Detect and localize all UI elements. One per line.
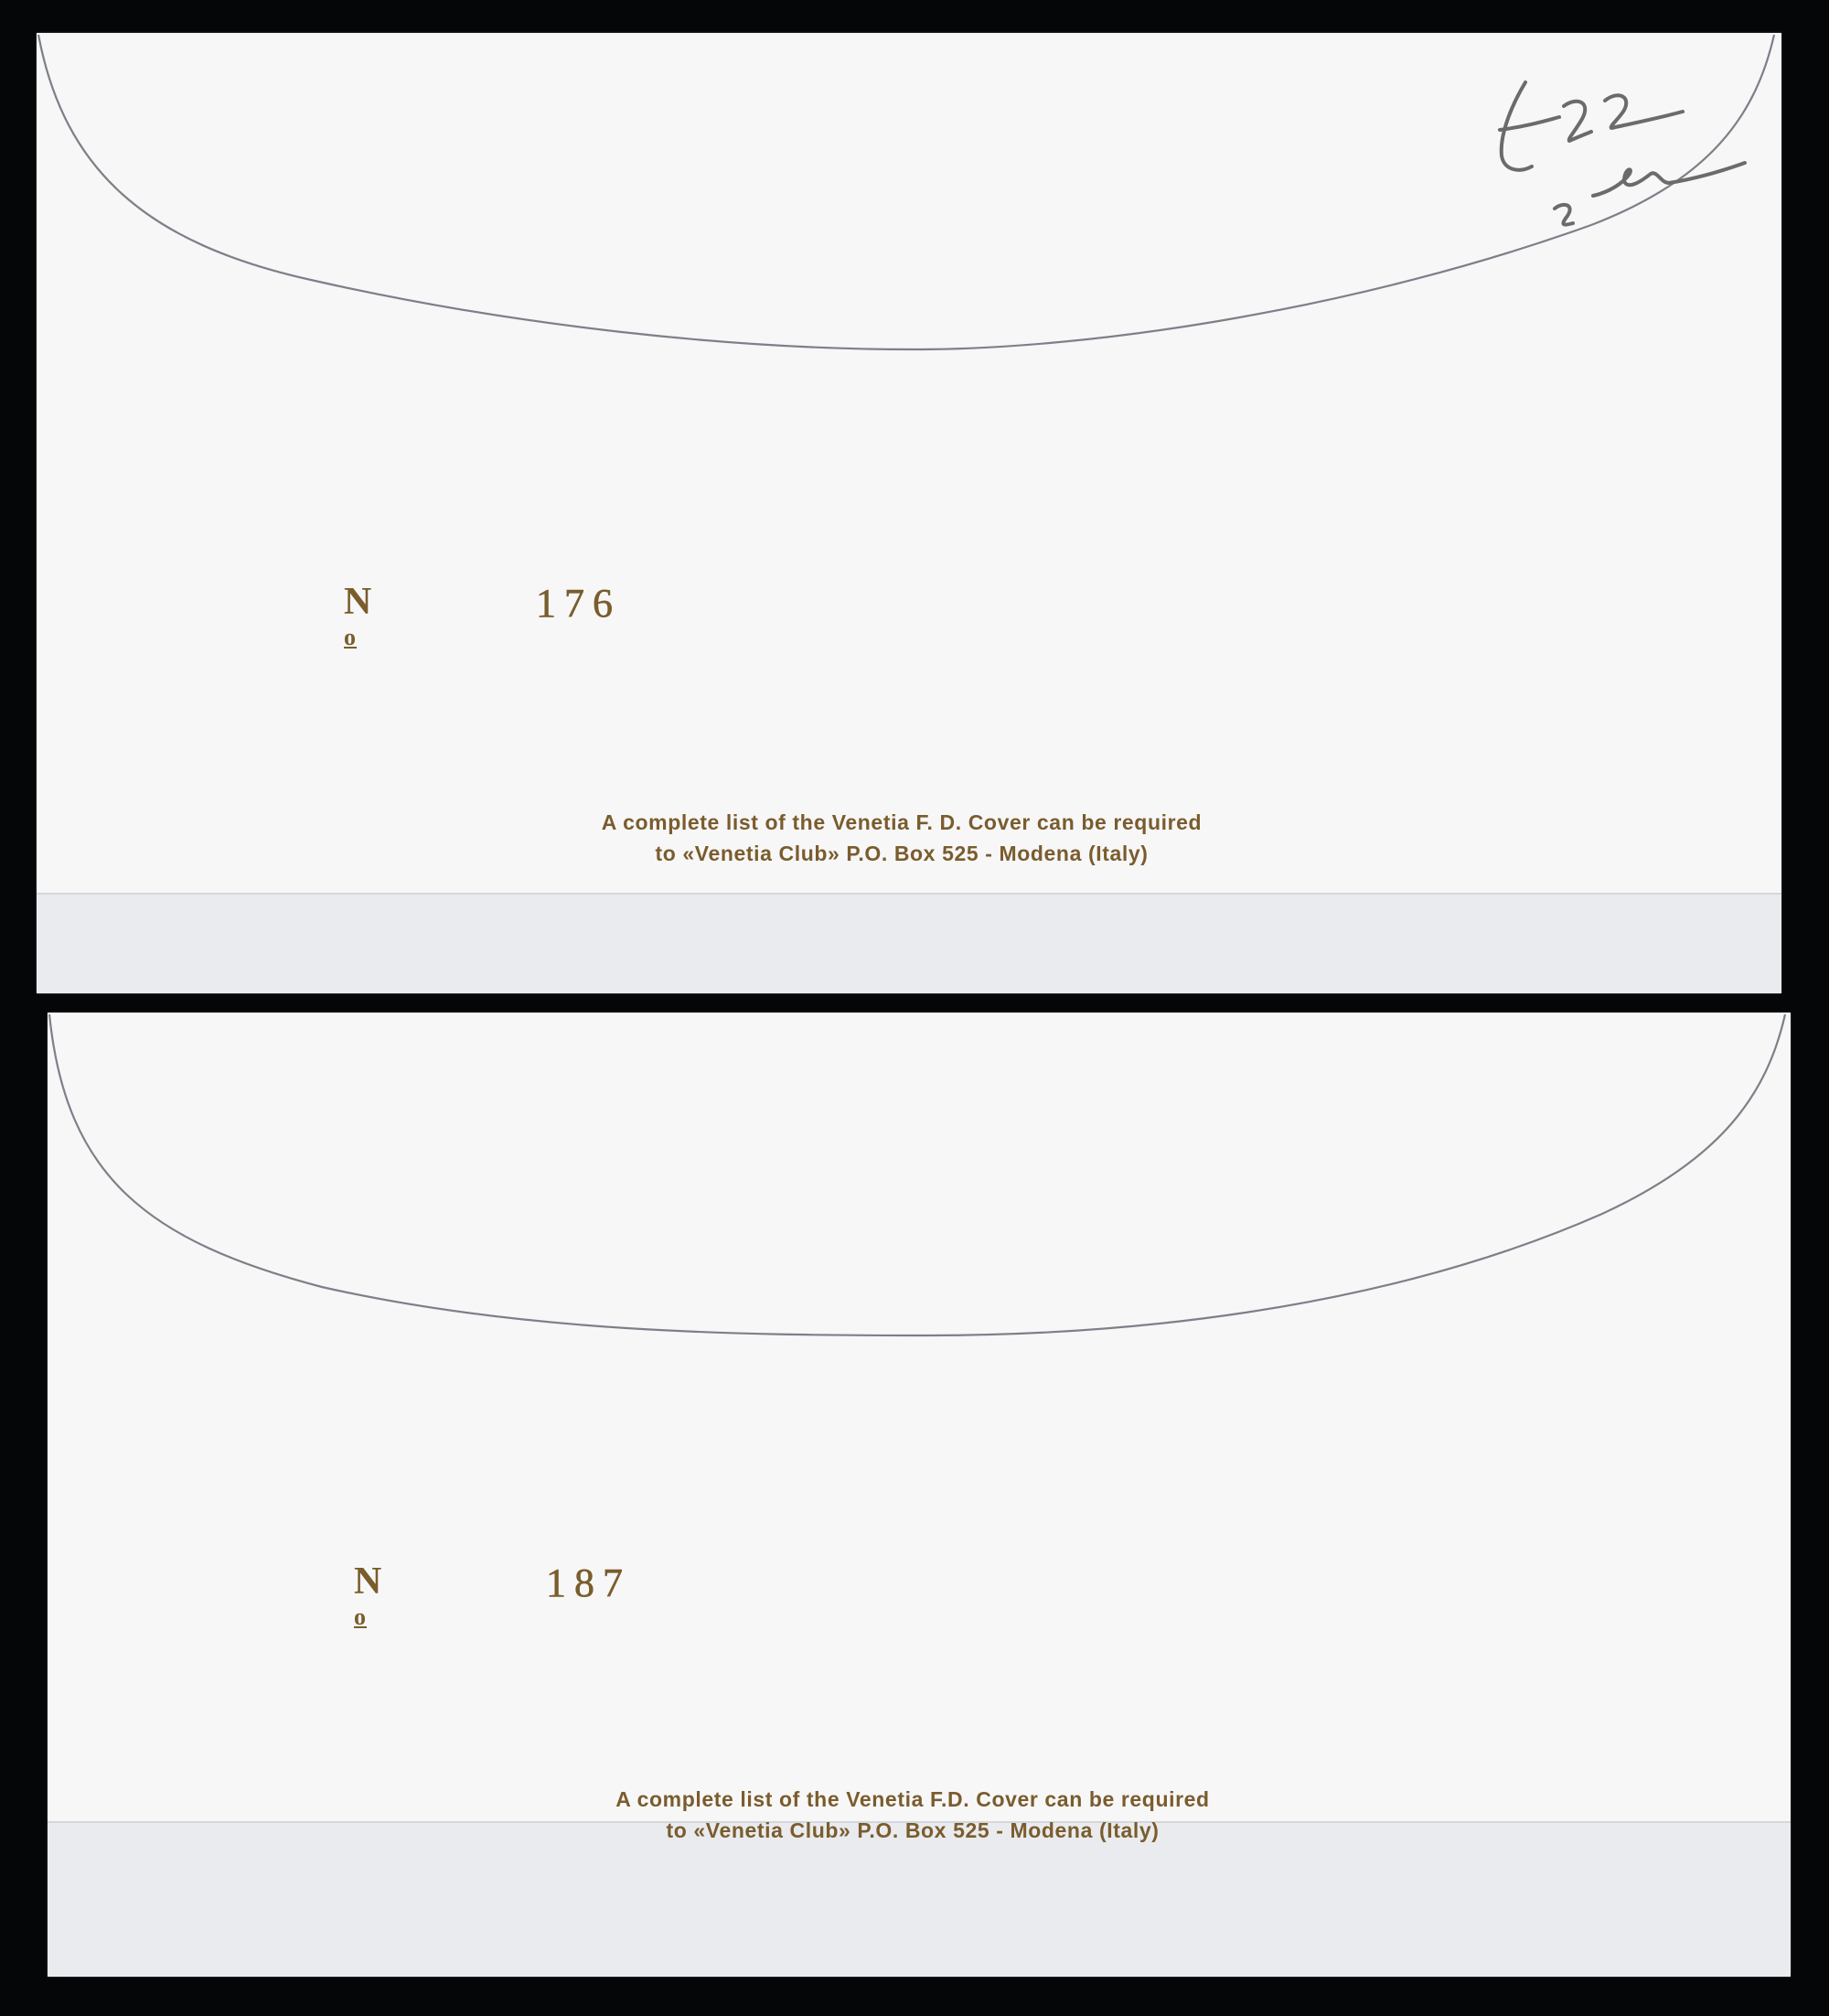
envelope-back-176: No 176 A complete list of the Venetia F.… — [37, 33, 1781, 993]
serial-number: 187 — [546, 1560, 631, 1606]
info-line-1: A complete list of the Venetia F.D. Cove… — [41, 1784, 1784, 1815]
info-line-2: to «Venetia Club» P.O. Box 525 - Modena … — [29, 838, 1774, 869]
envelope-back-187: No 187 A complete list of the Venetia F.… — [48, 1013, 1791, 1977]
club-info-text: A complete list of the Venetia F. D. Cov… — [29, 807, 1774, 869]
numero-sign: No — [344, 580, 372, 668]
info-line-2: to «Venetia Club» P.O. Box 525 - Modena … — [41, 1815, 1784, 1846]
bottom-flap — [37, 893, 1781, 993]
info-line-1: A complete list of the Venetia F. D. Cov… — [29, 807, 1774, 838]
serial-number: 176 — [536, 580, 621, 627]
pencil-price-annotation — [1445, 46, 1756, 247]
numero-sign: No — [354, 1560, 382, 1647]
club-info-text: A complete list of the Venetia F.D. Cove… — [41, 1784, 1784, 1846]
